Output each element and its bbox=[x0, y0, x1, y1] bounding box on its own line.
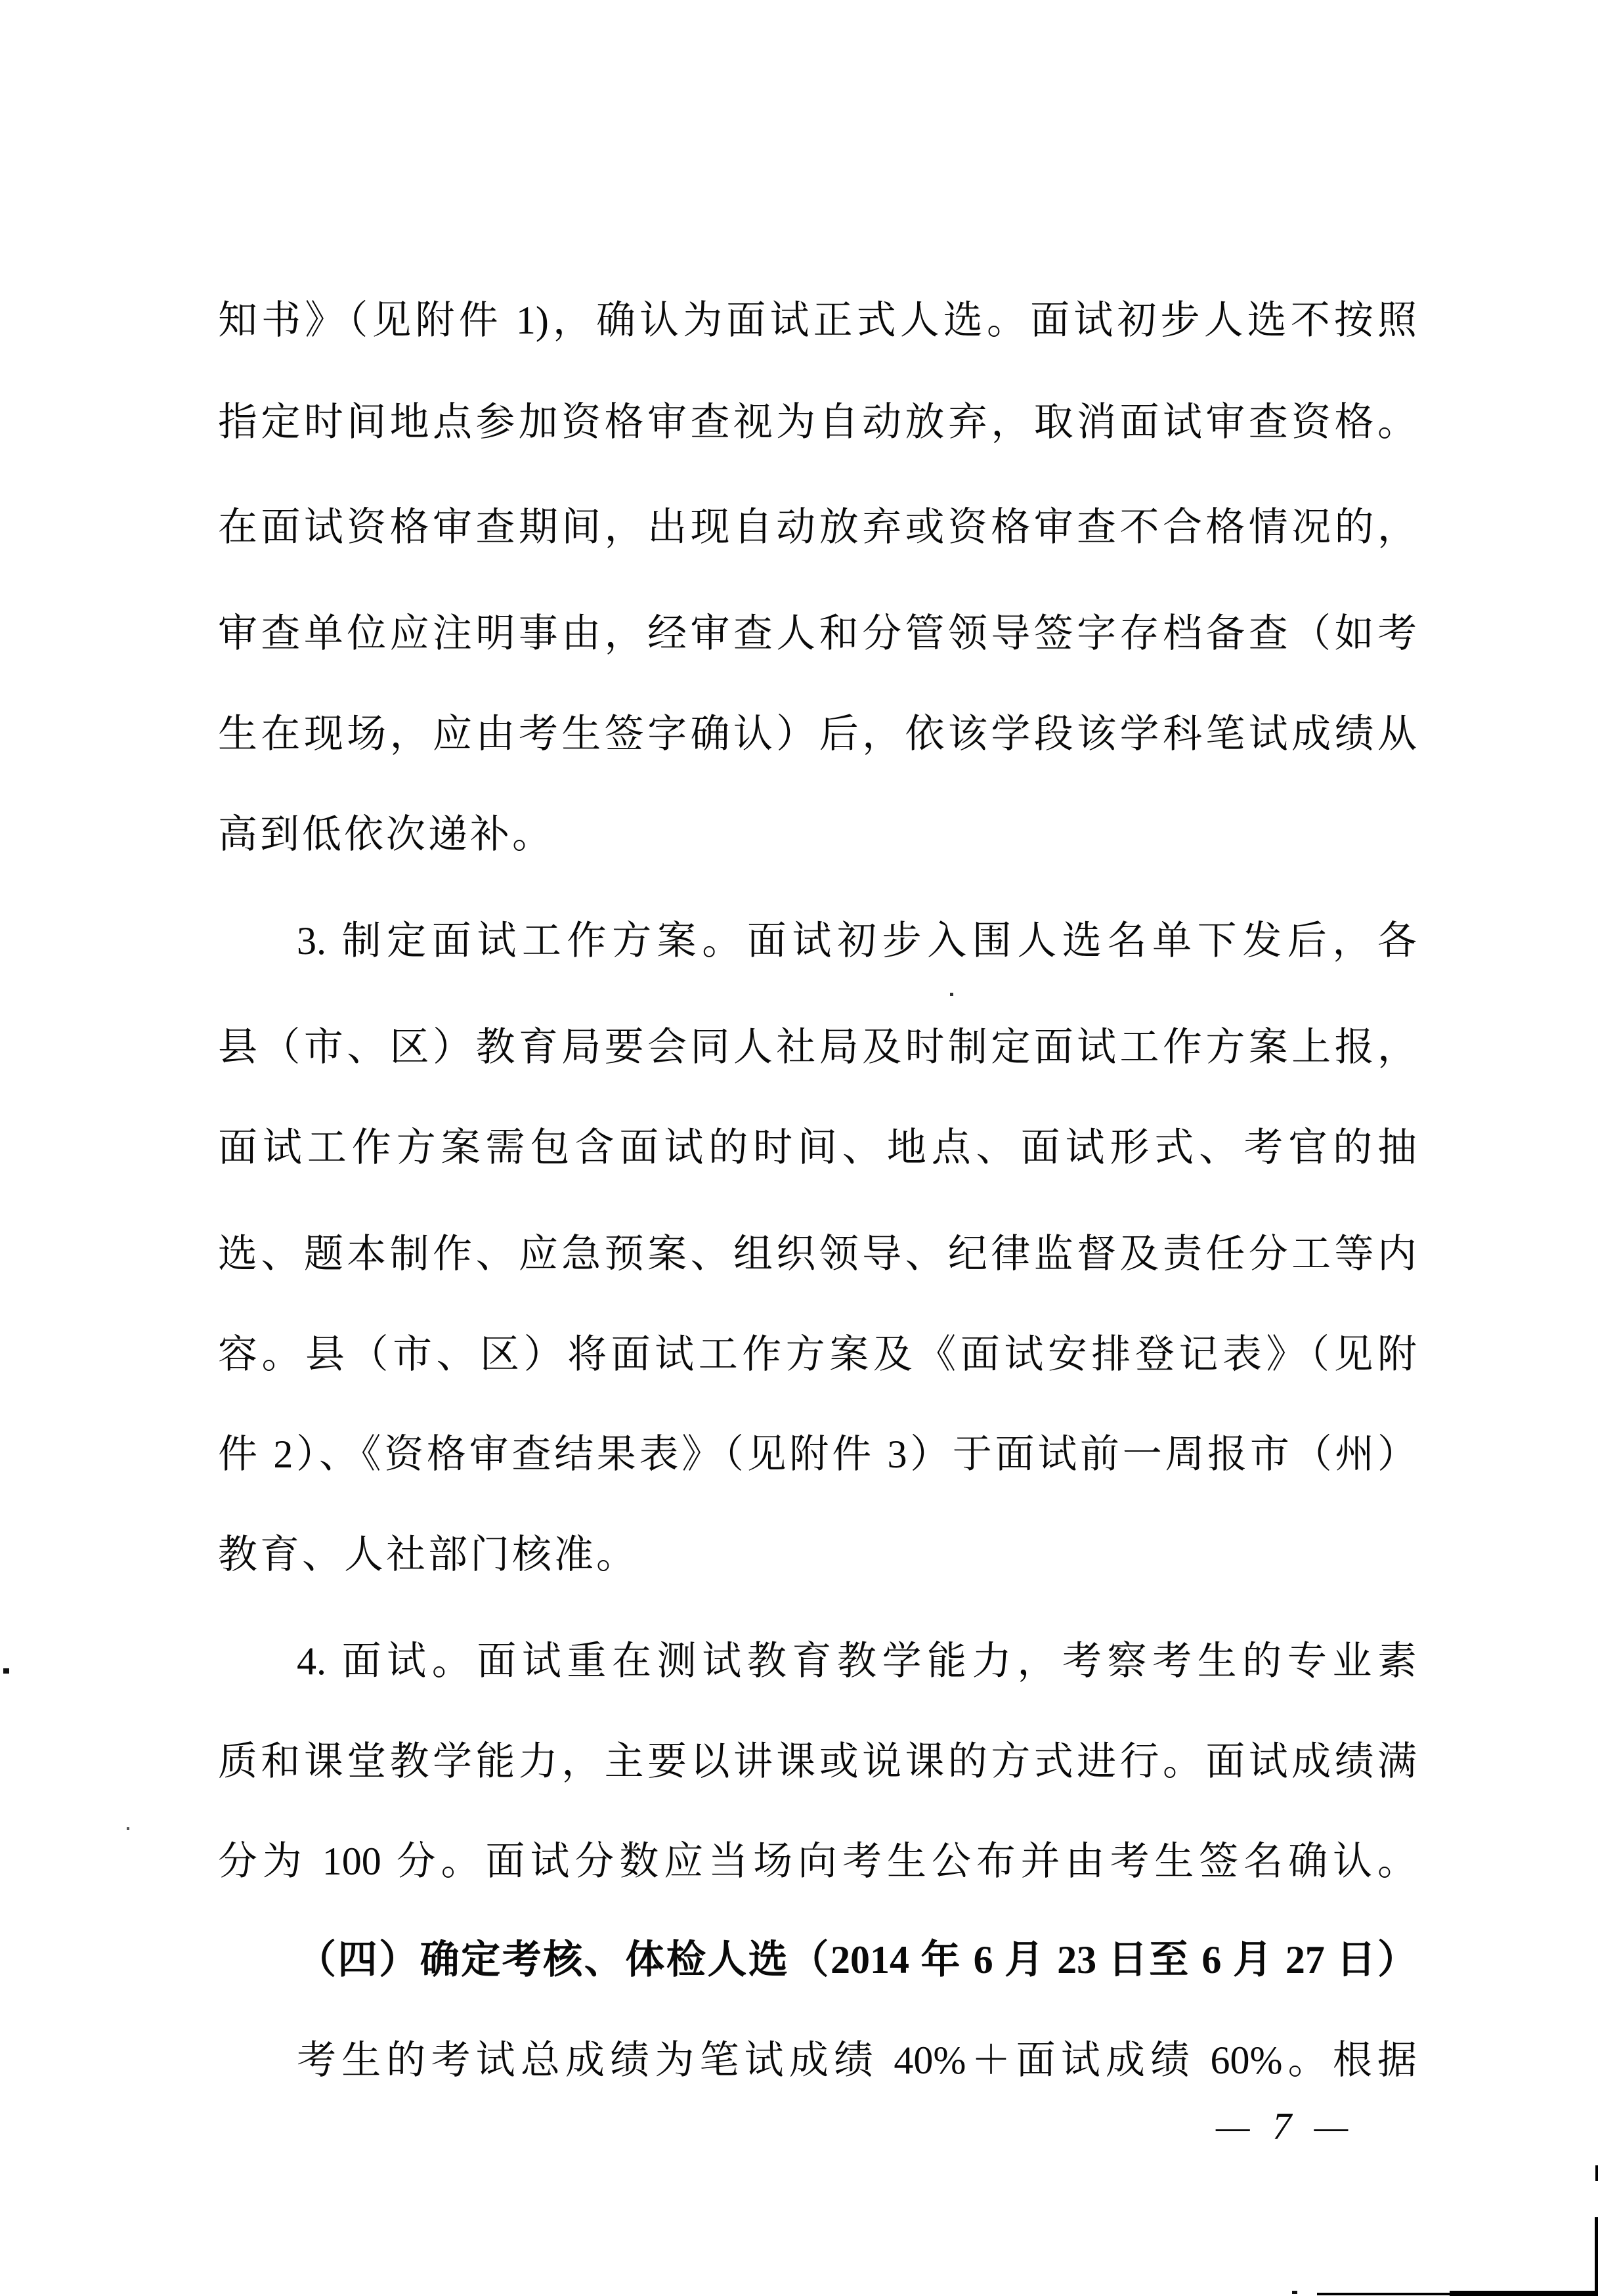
text-line: 高到低依次递补。 bbox=[218, 813, 1417, 856]
text-line: 指定时间地点参加资格审查视为自动放弃，取消面试审查资格。 bbox=[218, 401, 1417, 444]
text-line: 在面试资格审查期间，出现自动放弃或资格审查不合格情况的， bbox=[218, 506, 1417, 549]
text-line: 县（市、区）教育局要会同人社局及时制定面试工作方案上报， bbox=[218, 1026, 1417, 1069]
text-line: 教育、人社部门核准。 bbox=[218, 1533, 1417, 1576]
scan-edge-right bbox=[1595, 2217, 1598, 2296]
text-line: 选、题本制作、应急预案、组织领导、纪律监督及责任分工等内 bbox=[218, 1232, 1417, 1276]
text-line: 3. 制定面试工作方案。面试初步入围人选名单下发后，各 bbox=[218, 919, 1417, 963]
text-line: 面试工作方案需包含面试的时间、地点、面试形式、考官的抽 bbox=[218, 1126, 1417, 1169]
scan-edge-bottom bbox=[1450, 2291, 1598, 2296]
text-line: 容。县（市、区）将面试工作方案及《面试安排登记表》（见附 bbox=[218, 1333, 1417, 1376]
text-line: 生在现场，应由考生签字确认）后，依该学段该学科笔试成绩从 bbox=[218, 712, 1417, 756]
text-line: 件 2）、《资格审查结果表》（见附件 3）于面试前一周报市（州） bbox=[218, 1433, 1417, 1476]
section-heading-line: （四）确定考核、体检人选（2014 年 6 月 23 日至 6 月 27 日） bbox=[218, 1938, 1417, 1982]
text-line: 分为 100 分。面试分数应当场向考生公布并由考生签名确认。 bbox=[218, 1840, 1417, 1883]
scan-edge-bottom-thin bbox=[1317, 2293, 1452, 2295]
text-line: 质和课堂教学能力，主要以讲课或说课的方式进行。面试成绩满 bbox=[218, 1740, 1417, 1783]
scan-speck bbox=[950, 993, 953, 996]
scan-speck bbox=[1292, 2291, 1297, 2294]
scan-speck bbox=[3, 1668, 9, 1674]
page-number: — 7 — bbox=[1216, 2104, 1349, 2148]
document-page: 知书》（见附件 1)，确认为面试正式人选。面试初步人选不按照 指定时间地点参加资… bbox=[0, 0, 1598, 2296]
scan-edge-right-tick bbox=[1595, 2165, 1598, 2181]
scan-speck bbox=[127, 1827, 129, 1830]
text-line: 知书》（见附件 1)，确认为面试正式人选。面试初步人选不按照 bbox=[218, 299, 1417, 342]
text-line: 4. 面试。面试重在测试教育教学能力，考察考生的专业素 bbox=[218, 1639, 1417, 1683]
text-line: 考生的考试总成绩为笔试成绩 40%＋面试成绩 60%。根据 bbox=[218, 2039, 1417, 2082]
text-line: 审查单位应注明事由，经审查人和分管领导签字存档备查（如考 bbox=[218, 612, 1417, 655]
